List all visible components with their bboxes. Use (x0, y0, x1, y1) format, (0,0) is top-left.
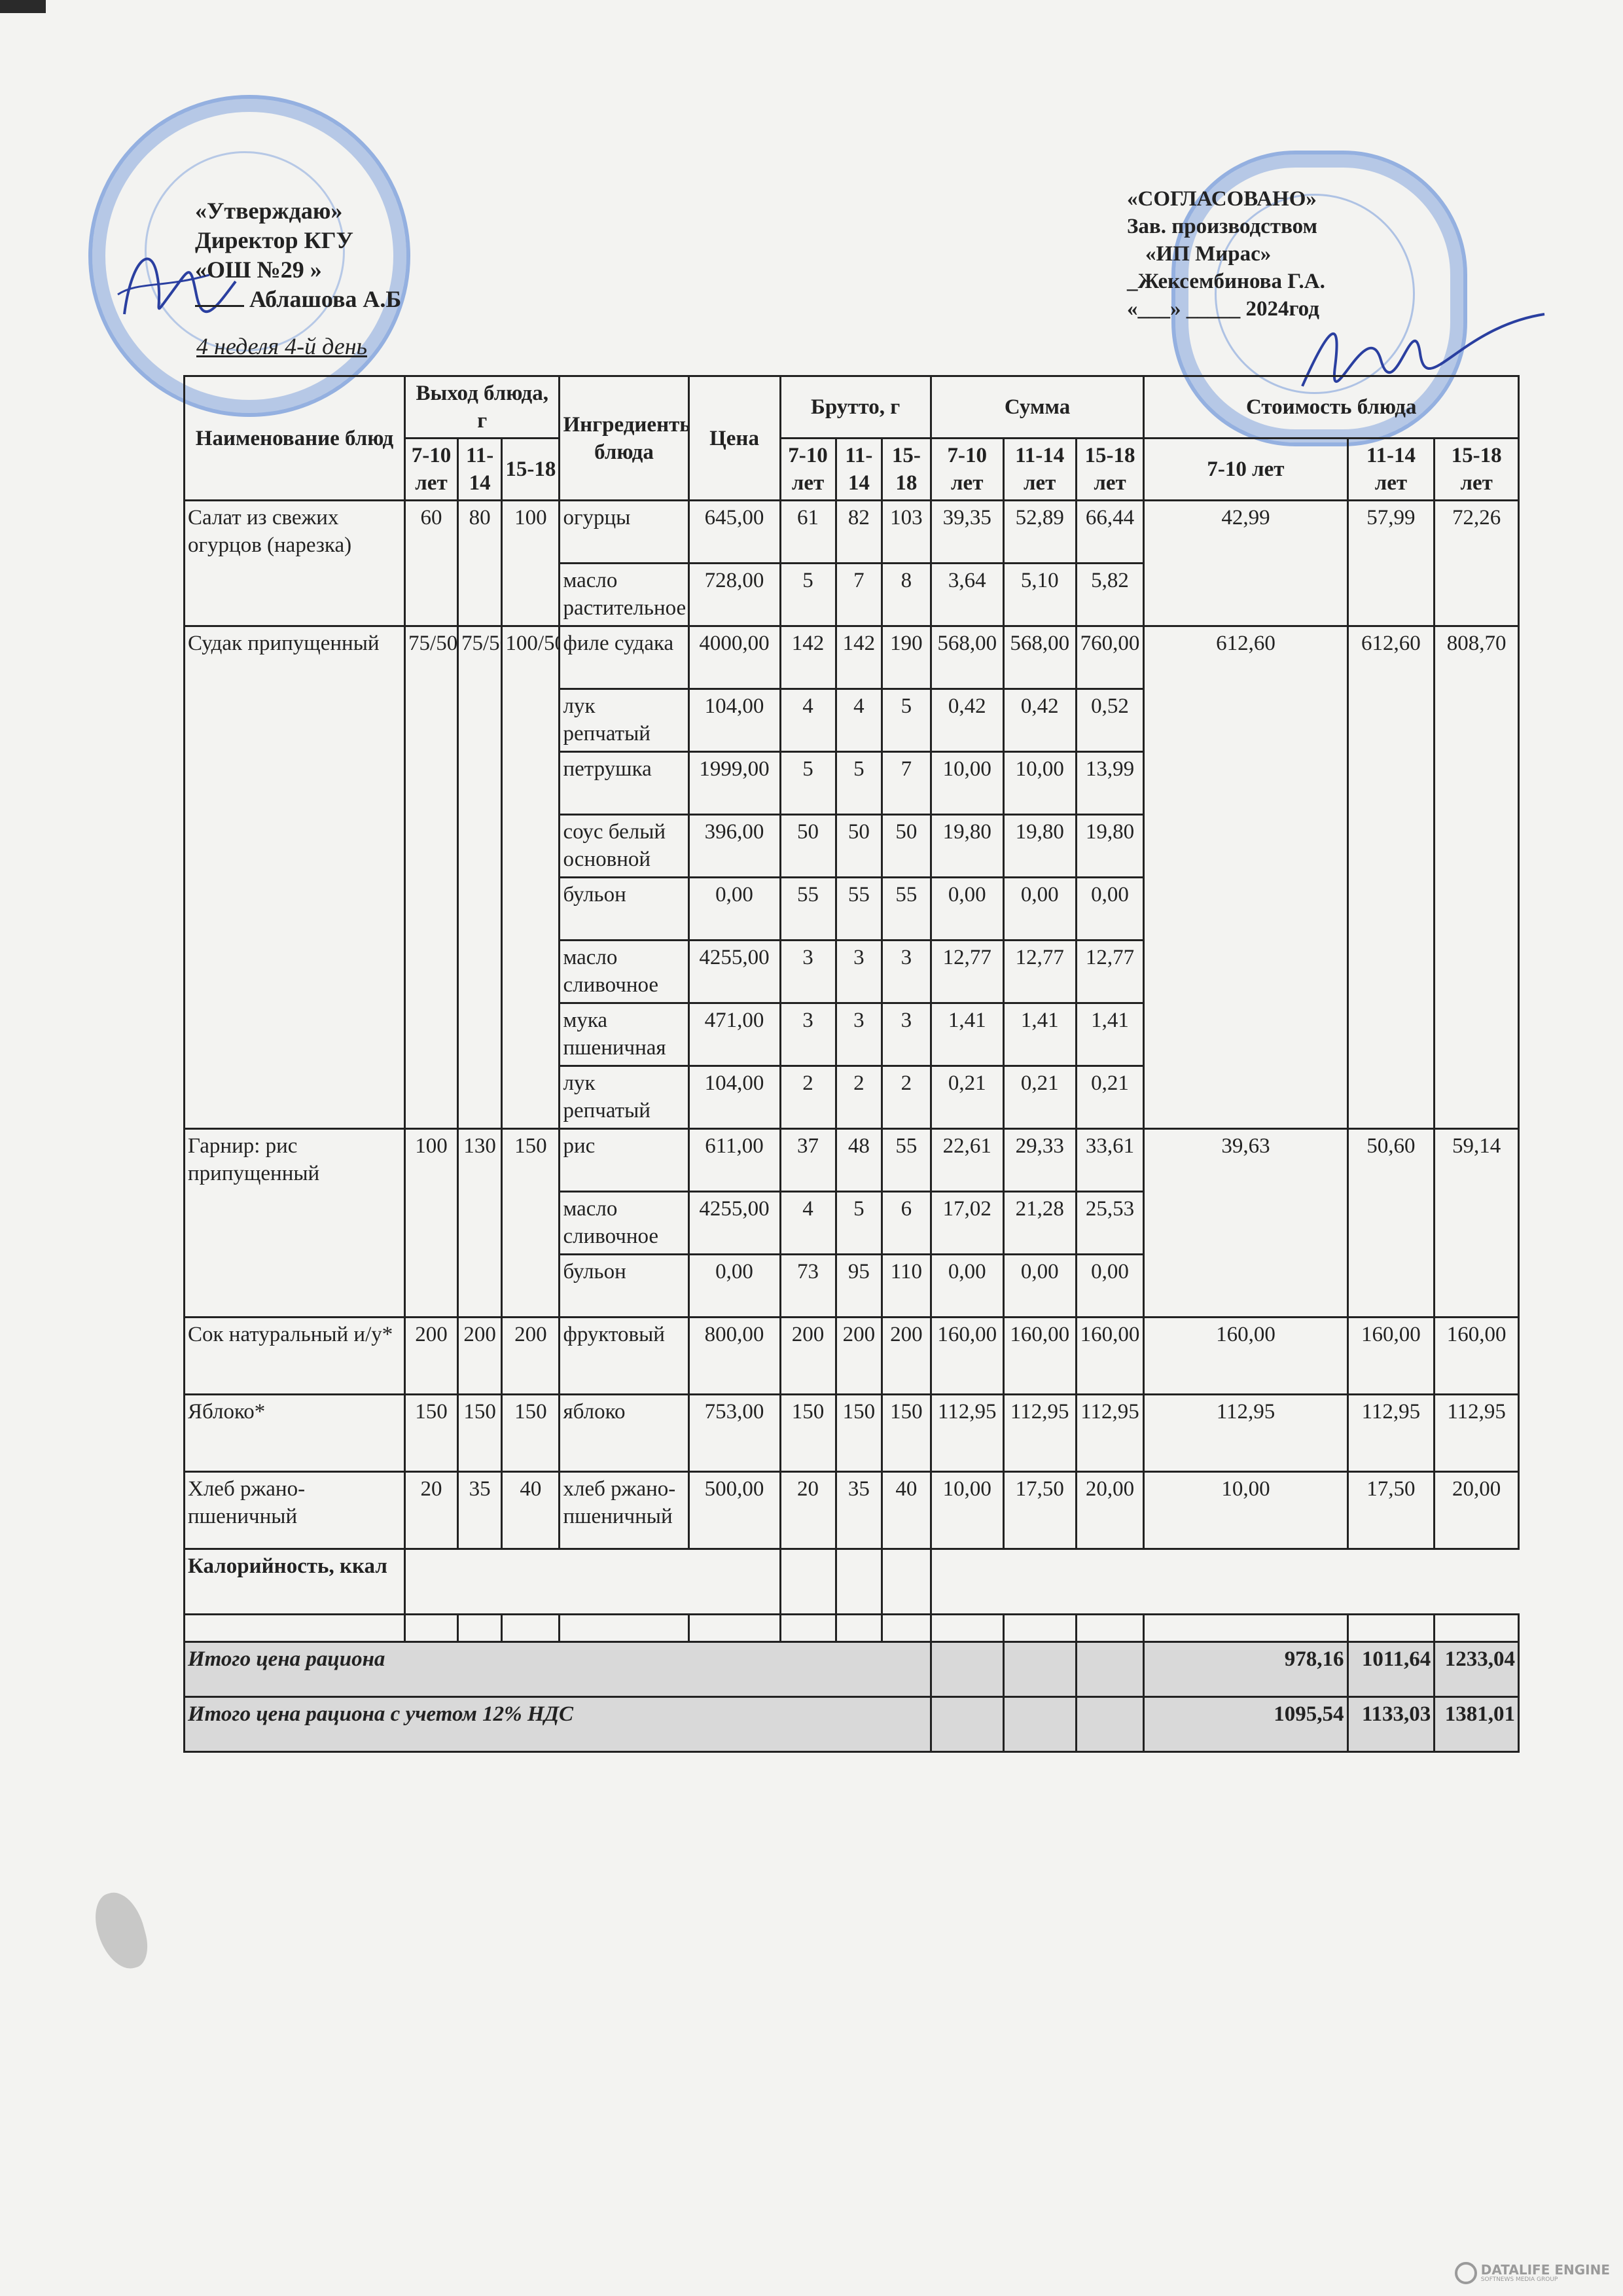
empty-row (185, 1615, 1519, 1642)
ingredient-gross: 55 (836, 878, 882, 941)
ingredient-sum: 13,99 (1076, 752, 1144, 815)
ingredient-name: хлеб ржано-пшеничный (560, 1472, 688, 1549)
dish-cost: 39,63 (1144, 1129, 1347, 1318)
ingredient-sum: 39,35 (931, 501, 1003, 564)
ingredient-gross: 40 (882, 1472, 931, 1549)
total-cell (931, 1697, 1003, 1752)
header-cost-age: 15-18 лет (1435, 439, 1519, 501)
ingredient-name: рис (560, 1129, 688, 1192)
ingredient-gross: 142 (780, 626, 836, 689)
agreement-block: «СОГЛАСОВАНО» Зав. производством «ИП Мир… (1127, 185, 1325, 323)
total-value: 1011,64 (1347, 1642, 1435, 1697)
table-row: Сок натуральный и/у*200200200фруктовый80… (185, 1318, 1519, 1395)
total-cell (1003, 1642, 1076, 1697)
ingredient-price: 4255,00 (688, 941, 780, 1003)
dish-cost: 612,60 (1347, 626, 1435, 1129)
ingredient-sum: 0,42 (931, 689, 1003, 752)
ingredient-gross: 50 (836, 815, 882, 878)
dish-cost: 160,00 (1144, 1318, 1347, 1395)
header-ingredients: Ингредиенты блюда (560, 376, 688, 501)
total-cell (1003, 1697, 1076, 1752)
ingredient-sum: 19,80 (931, 815, 1003, 878)
ingredient-sum: 0,00 (931, 1255, 1003, 1318)
empty-cell (560, 1615, 688, 1642)
watermark-brand: DATALIFE ENGINE (1481, 2263, 1610, 2276)
ingredient-name: фруктовый (560, 1318, 688, 1395)
total-label: Итого цена рациона с учетом 12% НДС (185, 1697, 931, 1752)
calories-cell (836, 1549, 882, 1615)
ingredient-price: 471,00 (688, 1003, 780, 1066)
scan-blot (89, 1887, 154, 1975)
ingredient-sum: 160,00 (931, 1318, 1003, 1395)
ingredient-name: лук репчатый (560, 689, 688, 752)
header-gross-age: 7-10 лет (780, 439, 836, 501)
table-row: Хлеб ржано-пшеничный203540хлеб ржано-пше… (185, 1472, 1519, 1549)
ingredient-gross: 142 (836, 626, 882, 689)
dish-name: Хлеб ржано-пшеничный (185, 1472, 405, 1549)
ingredient-sum: 568,00 (931, 626, 1003, 689)
scan-edge (0, 0, 46, 13)
empty-cell (457, 1615, 501, 1642)
empty-cell (502, 1615, 560, 1642)
dish-yield: 75/50 (405, 626, 458, 1129)
ingredient-price: 500,00 (688, 1472, 780, 1549)
ingredient-price: 753,00 (688, 1395, 780, 1472)
dish-cost: 72,26 (1435, 501, 1519, 626)
total-value: 1095,54 (1144, 1697, 1347, 1752)
total-row: Итого цена рациона978,161011,641233,04 (185, 1642, 1519, 1697)
ingredient-sum: 66,44 (1076, 501, 1144, 564)
week-day-label: 4 неделя 4-й день (196, 332, 367, 360)
ingredient-sum: 0,00 (931, 878, 1003, 941)
ingredient-price: 800,00 (688, 1318, 780, 1395)
dish-yield: 100 (502, 501, 560, 626)
ingredient-price: 0,00 (688, 878, 780, 941)
header-sum-age: 15-18 лет (1076, 439, 1144, 501)
ingredient-sum: 112,95 (1076, 1395, 1144, 1472)
ingredient-gross: 3 (836, 1003, 882, 1066)
table-row: Судак припущенный75/5075/50100/50филе су… (185, 626, 1519, 689)
ingredient-sum: 160,00 (1003, 1318, 1076, 1395)
header-sum-age: 11-14 лет (1003, 439, 1076, 501)
dish-yield: 80 (457, 501, 501, 626)
ingredient-sum: 19,80 (1003, 815, 1076, 878)
ingredient-gross: 103 (882, 501, 931, 564)
ingredient-gross: 5 (882, 689, 931, 752)
agreement-position: Зав. производством (1127, 213, 1325, 240)
ingredient-sum: 0,00 (1076, 878, 1144, 941)
header-row: Наименование блюдВыход блюда, гИнгредиен… (185, 376, 1519, 439)
ingredient-sum: 1,41 (1076, 1003, 1144, 1066)
calories-cell (780, 1549, 836, 1615)
ingredient-sum: 0,00 (1076, 1255, 1144, 1318)
ingredient-gross: 3 (882, 1003, 931, 1066)
header-yield-age: 15-18 (502, 439, 560, 501)
ingredient-gross: 61 (780, 501, 836, 564)
ingredient-gross: 2 (882, 1066, 931, 1129)
ingredient-gross: 110 (882, 1255, 931, 1318)
ingredient-price: 4000,00 (688, 626, 780, 689)
table-row: Салат из свежих огурцов (нарезка)6080100… (185, 501, 1519, 564)
table-row: Гарнир: рис припущенный100130150рис611,0… (185, 1129, 1519, 1192)
dish-yield: 100 (405, 1129, 458, 1318)
ingredient-sum: 0,42 (1003, 689, 1076, 752)
ingredient-gross: 150 (882, 1395, 931, 1472)
ingredient-sum: 17,02 (931, 1192, 1003, 1255)
total-cell (1076, 1642, 1144, 1697)
ingredient-sum: 10,00 (1003, 752, 1076, 815)
ingredient-name: огурцы (560, 501, 688, 564)
header-yield: Выход блюда, г (405, 376, 560, 439)
ingredient-price: 104,00 (688, 1066, 780, 1129)
ingredient-name: петрушка (560, 752, 688, 815)
ingredient-gross: 2 (836, 1066, 882, 1129)
ingredient-gross: 35 (836, 1472, 882, 1549)
ingredient-sum: 5,82 (1076, 564, 1144, 626)
agreement-org: «ИП Мирас» (1127, 240, 1325, 268)
ingredient-name: лук репчатый (560, 1066, 688, 1129)
dish-name: Судак припущенный (185, 626, 405, 1129)
dish-cost: 57,99 (1347, 501, 1435, 626)
ingredient-gross: 3 (780, 941, 836, 1003)
ingredient-gross: 48 (836, 1129, 882, 1192)
dish-yield: 200 (457, 1318, 501, 1395)
dish-yield: 20 (405, 1472, 458, 1549)
ingredient-gross: 3 (780, 1003, 836, 1066)
ingredient-name: яблоко (560, 1395, 688, 1472)
approval-position: Директор КГУ (195, 226, 401, 255)
dish-cost: 808,70 (1435, 626, 1519, 1129)
agreement-name: _Жексембинова Г.А. (1127, 268, 1325, 295)
total-value: 1381,01 (1435, 1697, 1519, 1752)
dish-cost: 10,00 (1144, 1472, 1347, 1549)
dish-cost: 112,95 (1435, 1395, 1519, 1472)
ingredient-gross: 2 (780, 1066, 836, 1129)
dish-yield: 75/50 (457, 626, 501, 1129)
ingredient-price: 645,00 (688, 501, 780, 564)
datalife-logo-icon (1455, 2262, 1477, 2284)
dish-yield: 150 (502, 1129, 560, 1318)
ingredient-sum: 760,00 (1076, 626, 1144, 689)
dish-yield: 150 (502, 1395, 560, 1472)
ingredient-gross: 6 (882, 1192, 931, 1255)
watermark: DATALIFE ENGINE SOFTNEWS MEDIA GROUP (1455, 2262, 1610, 2284)
dish-cost: 42,99 (1144, 501, 1347, 626)
header-sum: Сумма (931, 376, 1144, 439)
ingredient-gross: 200 (780, 1318, 836, 1395)
empty-cell (836, 1615, 882, 1642)
ingredient-gross: 200 (836, 1318, 882, 1395)
dish-yield: 200 (502, 1318, 560, 1395)
total-label: Итого цена рациона (185, 1642, 931, 1697)
ingredient-name: масло сливочное (560, 941, 688, 1003)
ingredient-gross: 8 (882, 564, 931, 626)
header-dish-name: Наименование блюд (185, 376, 405, 501)
ingredient-sum: 25,53 (1076, 1192, 1144, 1255)
ingredient-name: мука пшеничная (560, 1003, 688, 1066)
total-value: 978,16 (1144, 1642, 1347, 1697)
ingredient-sum: 0,00 (1003, 878, 1076, 941)
ingredient-sum: 1,41 (931, 1003, 1003, 1066)
header-dish-cost: Стоимость блюда (1144, 376, 1519, 439)
ingredient-gross: 150 (836, 1395, 882, 1472)
dish-cost: 50,60 (1347, 1129, 1435, 1318)
ingredient-sum: 0,21 (1003, 1066, 1076, 1129)
ingredient-gross: 5 (780, 564, 836, 626)
dish-name: Салат из свежих огурцов (нарезка) (185, 501, 405, 626)
dish-yield: 60 (405, 501, 458, 626)
empty-cell (1003, 1615, 1076, 1642)
signature-line (195, 305, 244, 307)
empty-cell (688, 1615, 780, 1642)
ingredient-sum: 0,52 (1076, 689, 1144, 752)
ingredient-gross: 5 (780, 752, 836, 815)
total-value: 1233,04 (1435, 1642, 1519, 1697)
header-gross-age: 15-18 (882, 439, 931, 501)
ingredient-sum: 52,89 (1003, 501, 1076, 564)
header-sum-age: 7-10 лет (931, 439, 1003, 501)
ingredient-price: 4255,00 (688, 1192, 780, 1255)
ingredient-price: 396,00 (688, 815, 780, 878)
ingredient-sum: 568,00 (1003, 626, 1076, 689)
header-cost-age: 11-14 лет (1347, 439, 1435, 501)
header-price: Цена (688, 376, 780, 501)
total-row: Итого цена рациона с учетом 12% НДС1095,… (185, 1697, 1519, 1752)
dish-yield: 100/50 (502, 626, 560, 1129)
ingredient-gross: 37 (780, 1129, 836, 1192)
ingredient-sum: 10,00 (931, 1472, 1003, 1549)
ingredient-price: 1999,00 (688, 752, 780, 815)
ingredient-price: 728,00 (688, 564, 780, 626)
menu-table: Наименование блюдВыход блюда, гИнгредиен… (183, 375, 1520, 1753)
ingredient-sum: 0,00 (1003, 1255, 1076, 1318)
ingredient-gross: 55 (882, 1129, 931, 1192)
ingredient-sum: 19,80 (1076, 815, 1144, 878)
total-value: 1133,03 (1347, 1697, 1435, 1752)
ingredient-gross: 7 (836, 564, 882, 626)
dish-cost: 17,50 (1347, 1472, 1435, 1549)
ingredient-gross: 73 (780, 1255, 836, 1318)
dish-cost: 160,00 (1435, 1318, 1519, 1395)
ingredient-gross: 190 (882, 626, 931, 689)
ingredient-name: бульон (560, 878, 688, 941)
dish-name: Гарнир: рис припущенный (185, 1129, 405, 1318)
ingredient-sum: 20,00 (1076, 1472, 1144, 1549)
ingredient-gross: 50 (780, 815, 836, 878)
ingredient-gross: 4 (780, 1192, 836, 1255)
ingredient-sum: 10,00 (931, 752, 1003, 815)
ingredient-gross: 150 (780, 1395, 836, 1472)
ingredient-gross: 55 (780, 878, 836, 941)
agreement-date: «___» _____ 2024год (1127, 295, 1325, 323)
ingredient-price: 0,00 (688, 1255, 780, 1318)
ingredient-gross: 4 (780, 689, 836, 752)
ingredient-sum: 5,10 (1003, 564, 1076, 626)
ingredient-sum: 112,95 (931, 1395, 1003, 1472)
ingredient-gross: 200 (882, 1318, 931, 1395)
empty-cell (405, 1615, 458, 1642)
ingredient-sum: 21,28 (1003, 1192, 1076, 1255)
dish-cost: 160,00 (1347, 1318, 1435, 1395)
empty-cell (1435, 1615, 1519, 1642)
calories-row: Калорийность, ккал (185, 1549, 1519, 1615)
ingredient-sum: 0,21 (931, 1066, 1003, 1129)
empty-cell (882, 1615, 931, 1642)
ingredient-sum: 0,21 (1076, 1066, 1144, 1129)
ingredient-gross: 50 (882, 815, 931, 878)
approval-org: «ОШ №29 » (195, 255, 401, 285)
ingredient-gross: 3 (882, 941, 931, 1003)
ingredient-gross: 3 (836, 941, 882, 1003)
ingredient-gross: 5 (836, 752, 882, 815)
header-yield-age: 11-14 (457, 439, 501, 501)
empty-cell (1076, 1615, 1144, 1642)
dish-name: Сок натуральный и/у* (185, 1318, 405, 1395)
ingredient-sum: 160,00 (1076, 1318, 1144, 1395)
ingredient-sum: 112,95 (1003, 1395, 1076, 1472)
dish-cost: 59,14 (1435, 1129, 1519, 1318)
table-row: Яблоко*150150150яблоко753,00150150150112… (185, 1395, 1519, 1472)
approval-block: «Утверждаю» Директор КГУ «ОШ №29 » Аблаш… (195, 196, 401, 314)
ingredient-sum: 1,41 (1003, 1003, 1076, 1066)
approval-name: Аблашова А.Б (249, 286, 401, 312)
header-gross-age: 11-14 (836, 439, 882, 501)
ingredient-sum: 12,77 (1076, 941, 1144, 1003)
ingredient-gross: 82 (836, 501, 882, 564)
ingredient-price: 611,00 (688, 1129, 780, 1192)
agreement-title: «СОГЛАСОВАНО» (1127, 185, 1325, 213)
dish-yield: 130 (457, 1129, 501, 1318)
header-gross: Брутто, г (780, 376, 931, 439)
calories-label: Калорийность, ккал (185, 1549, 405, 1615)
total-cell (931, 1642, 1003, 1697)
ingredient-gross: 4 (836, 689, 882, 752)
calories-cell (931, 1549, 1518, 1615)
dish-cost: 112,95 (1144, 1395, 1347, 1472)
ingredient-name: филе судака (560, 626, 688, 689)
empty-cell (931, 1615, 1003, 1642)
ingredient-name: масло растительное (560, 564, 688, 626)
empty-cell (1144, 1615, 1347, 1642)
ingredient-sum: 3,64 (931, 564, 1003, 626)
ingredient-sum: 22,61 (931, 1129, 1003, 1192)
dish-cost: 20,00 (1435, 1472, 1519, 1549)
ingredient-name: бульон (560, 1255, 688, 1318)
ingredient-gross: 95 (836, 1255, 882, 1318)
ingredient-sum: 12,77 (931, 941, 1003, 1003)
dish-yield: 150 (405, 1395, 458, 1472)
empty-cell (1347, 1615, 1435, 1642)
dish-yield: 40 (502, 1472, 560, 1549)
total-cell (1076, 1697, 1144, 1752)
dish-yield: 200 (405, 1318, 458, 1395)
ingredient-sum: 33,61 (1076, 1129, 1144, 1192)
empty-cell (185, 1615, 405, 1642)
ingredient-name: соус белый основной (560, 815, 688, 878)
ingredient-price: 104,00 (688, 689, 780, 752)
ingredient-name: масло сливочное (560, 1192, 688, 1255)
dish-cost: 612,60 (1144, 626, 1347, 1129)
calories-cell (882, 1549, 931, 1615)
dish-yield: 150 (457, 1395, 501, 1472)
ingredient-gross: 5 (836, 1192, 882, 1255)
dish-name: Яблоко* (185, 1395, 405, 1472)
header-cost-age: 7-10 лет (1144, 439, 1347, 501)
calories-cell (405, 1549, 780, 1615)
dish-cost: 112,95 (1347, 1395, 1435, 1472)
ingredient-sum: 17,50 (1003, 1472, 1076, 1549)
ingredient-gross: 7 (882, 752, 931, 815)
approval-title: «Утверждаю» (195, 196, 401, 226)
dish-yield: 35 (457, 1472, 501, 1549)
ingredient-gross: 20 (780, 1472, 836, 1549)
empty-cell (780, 1615, 836, 1642)
ingredient-sum: 12,77 (1003, 941, 1076, 1003)
ingredient-sum: 29,33 (1003, 1129, 1076, 1192)
ingredient-gross: 55 (882, 878, 931, 941)
header-yield-age: 7-10 лет (405, 439, 458, 501)
